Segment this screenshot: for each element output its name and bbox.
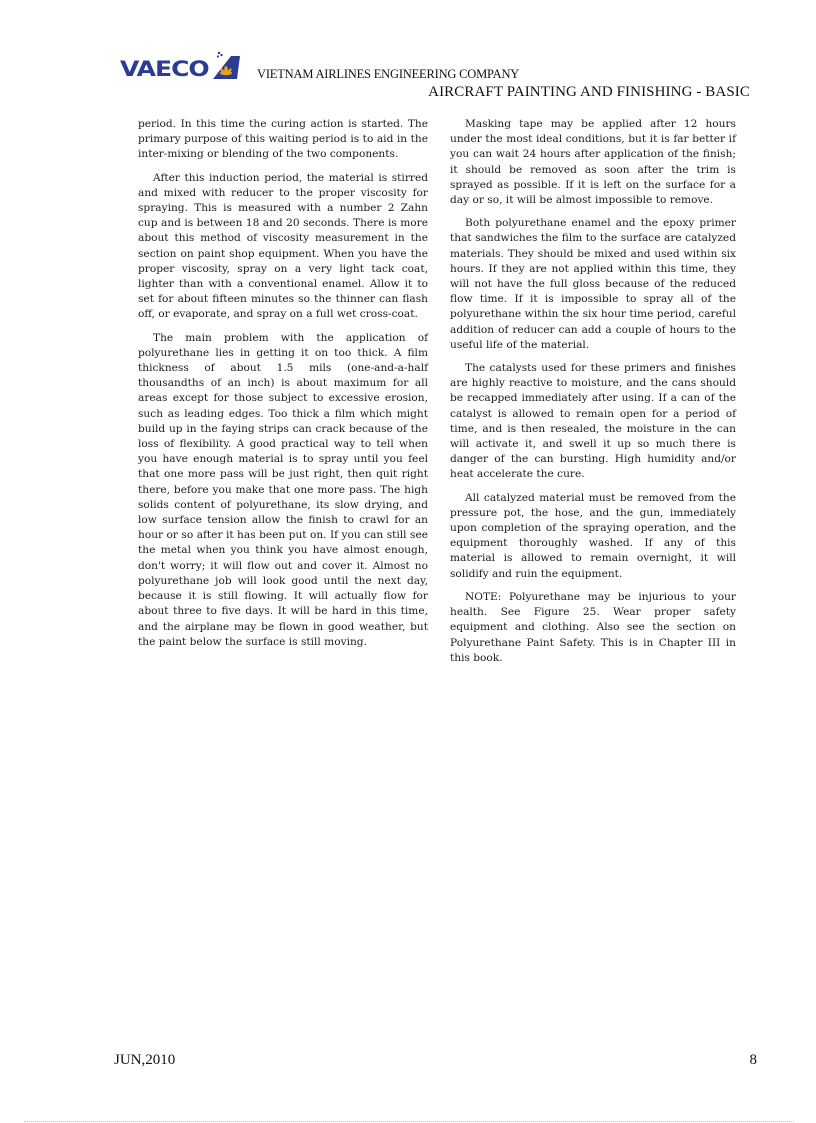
page-header: VAECO VIETNAM AIRLINES ENGINEERING COMPA… [0,0,816,110]
right-text-column: Masking tape may be applied after 12 hou… [450,117,736,674]
paragraph-catalysts-moisture: The catalysts used for these primers and… [450,361,736,483]
footer-date: JUN,2010 [114,1052,175,1069]
logo-wordmark: VAECO [120,58,209,80]
paragraph-curing-continuation: period. In this time the curing action i… [138,117,428,163]
paragraph-film-thickness: The main problem with the application of… [138,331,428,650]
page-bottom-divider [24,1121,794,1122]
paragraph-induction-viscosity: After this induction period, the materia… [138,171,428,323]
paragraph-equipment-cleaning: All catalyzed material must be removed f… [450,491,736,582]
paragraph-safety-note: NOTE: Polyurethane may be injurious to y… [450,590,736,666]
company-name: VIETNAM AIRLINES ENGINEERING COMPANY [257,67,519,82]
vaeco-logo: VAECO [120,50,241,80]
document-title: AIRCRAFT PAINTING AND FINISHING - BASIC [428,84,750,101]
paragraph-masking-tape: Masking tape may be applied after 12 hou… [450,117,736,208]
lotus-tail-icon [211,50,241,80]
page-number: 8 [750,1052,758,1069]
left-text-column: period. In this time the curing action i… [138,117,428,658]
paragraph-catalyzed-materials: Both polyurethane enamel and the epoxy p… [450,216,736,353]
